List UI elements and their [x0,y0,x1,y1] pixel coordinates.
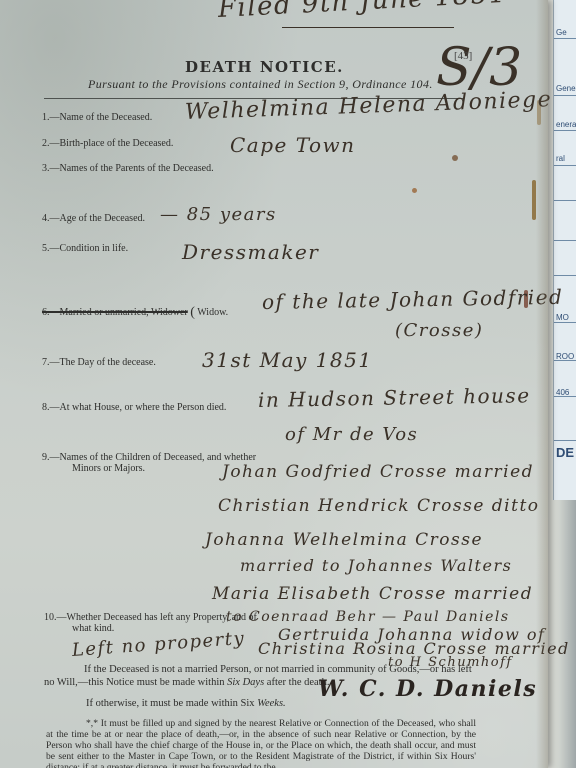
footer-text: If otherwise, it must be made within Six [86,698,257,709]
child-entry: to Coenraad Behr — Paul Daniels [226,609,510,625]
field-label-property-line2: what kind. [72,623,114,634]
field-label-property: 10.—Whether Deceased has left any Proper… [44,612,257,623]
struck-label: 6.—Married or unmarried, Widower [42,307,188,318]
form-label: Genera [556,84,576,93]
field-value-place-of-death: in Hudson Street house [258,383,531,412]
field-value-date-of-death: 31st May 1851 [202,348,373,372]
child-entry: Johanna Welhelmina Crosse [205,530,483,550]
field-label-parents: 3.—Names of the Parents of the Deceased. [42,163,214,174]
filed-annotation: Filed 9th June 1851 [217,0,507,24]
field-value-marital-status-line2: (Crosse) [395,320,483,341]
field-value-place-of-death-line2: of Mr de Vos [285,424,418,445]
document-title: DEATH NOTICE. [185,58,344,76]
footer-emphasis: Weeks. [257,698,285,709]
field-value-birthplace: Cape Town [230,133,356,157]
field-label-condition: 5.—Condition in life. [42,243,128,254]
field-label-date-of-death: 7.—The Day of the decease. [42,357,156,368]
death-notice-sheet: Filed 9th June 1851 S/3 [43] DEATH NOTIC… [0,0,548,768]
footer-line-1: If the Deceased is not a married Person,… [84,664,472,676]
document-subtitle: Pursuant to the Provisions contained in … [88,77,433,92]
field-label-children-line2: Minors or Majors. [72,463,145,474]
footer-instructions: *,* It must be filled up and signed by t… [46,718,476,768]
filed-underline [282,27,454,28]
field-value-age: — 85 years [160,204,277,225]
form-label: 406 [556,388,569,397]
form-label: ROO [556,352,574,361]
child-entry: Christian Hendrick Crosse ditto [218,496,540,516]
field-label-age: 4.—Age of the Deceased. [42,213,145,224]
background-blue-form: Ge Genera eneral ral MO ROO 406 DE [553,0,576,500]
footer-line-3: If otherwise, it must be made within Six… [86,698,286,710]
form-label: eneral [556,120,576,129]
stain-mark [412,188,417,193]
form-label: MO [556,313,569,322]
field-value-name: Welhelmina Helena Adoniege [185,87,553,125]
child-entry: Johan Godfried Crosse married [222,462,534,482]
child-entry: Maria Elisabeth Crosse married [212,584,533,604]
marital-status-selected: Widow. [197,307,228,318]
field-label-place-of-death: 8.—At what House, or where the Person di… [42,402,226,413]
footer-text: no Will,—this Notice must be made within [44,677,227,688]
field-label-name: 1.—Name of the Deceased. [42,112,152,123]
form-label: DE [556,445,574,460]
form-label: Ge [556,28,567,37]
form-label: ral [556,154,565,163]
page-number: [43] [454,50,472,62]
field-label-birthplace: 2.—Birth-place of the Deceased. [42,138,173,149]
signature: W. C. D. Daniels [318,676,537,702]
field-value-condition: Dressmaker [182,240,319,264]
document-photo: Ge Genera eneral ral MO ROO 406 DE Filed… [0,0,576,768]
stain-mark [452,155,458,161]
footer-line-2: no Will,—this Notice must be made within… [44,677,329,689]
stain-mark [537,100,541,125]
child-entry: married to Johannes Walters [240,556,512,575]
stain-mark [532,180,536,220]
field-value-marital-status: of the late Johan Godfried [262,285,564,314]
footer-emphasis: Six Days [227,677,264,688]
field-label-marital-status: 6.—Married or unmarried, Widower ( Widow… [42,304,228,320]
